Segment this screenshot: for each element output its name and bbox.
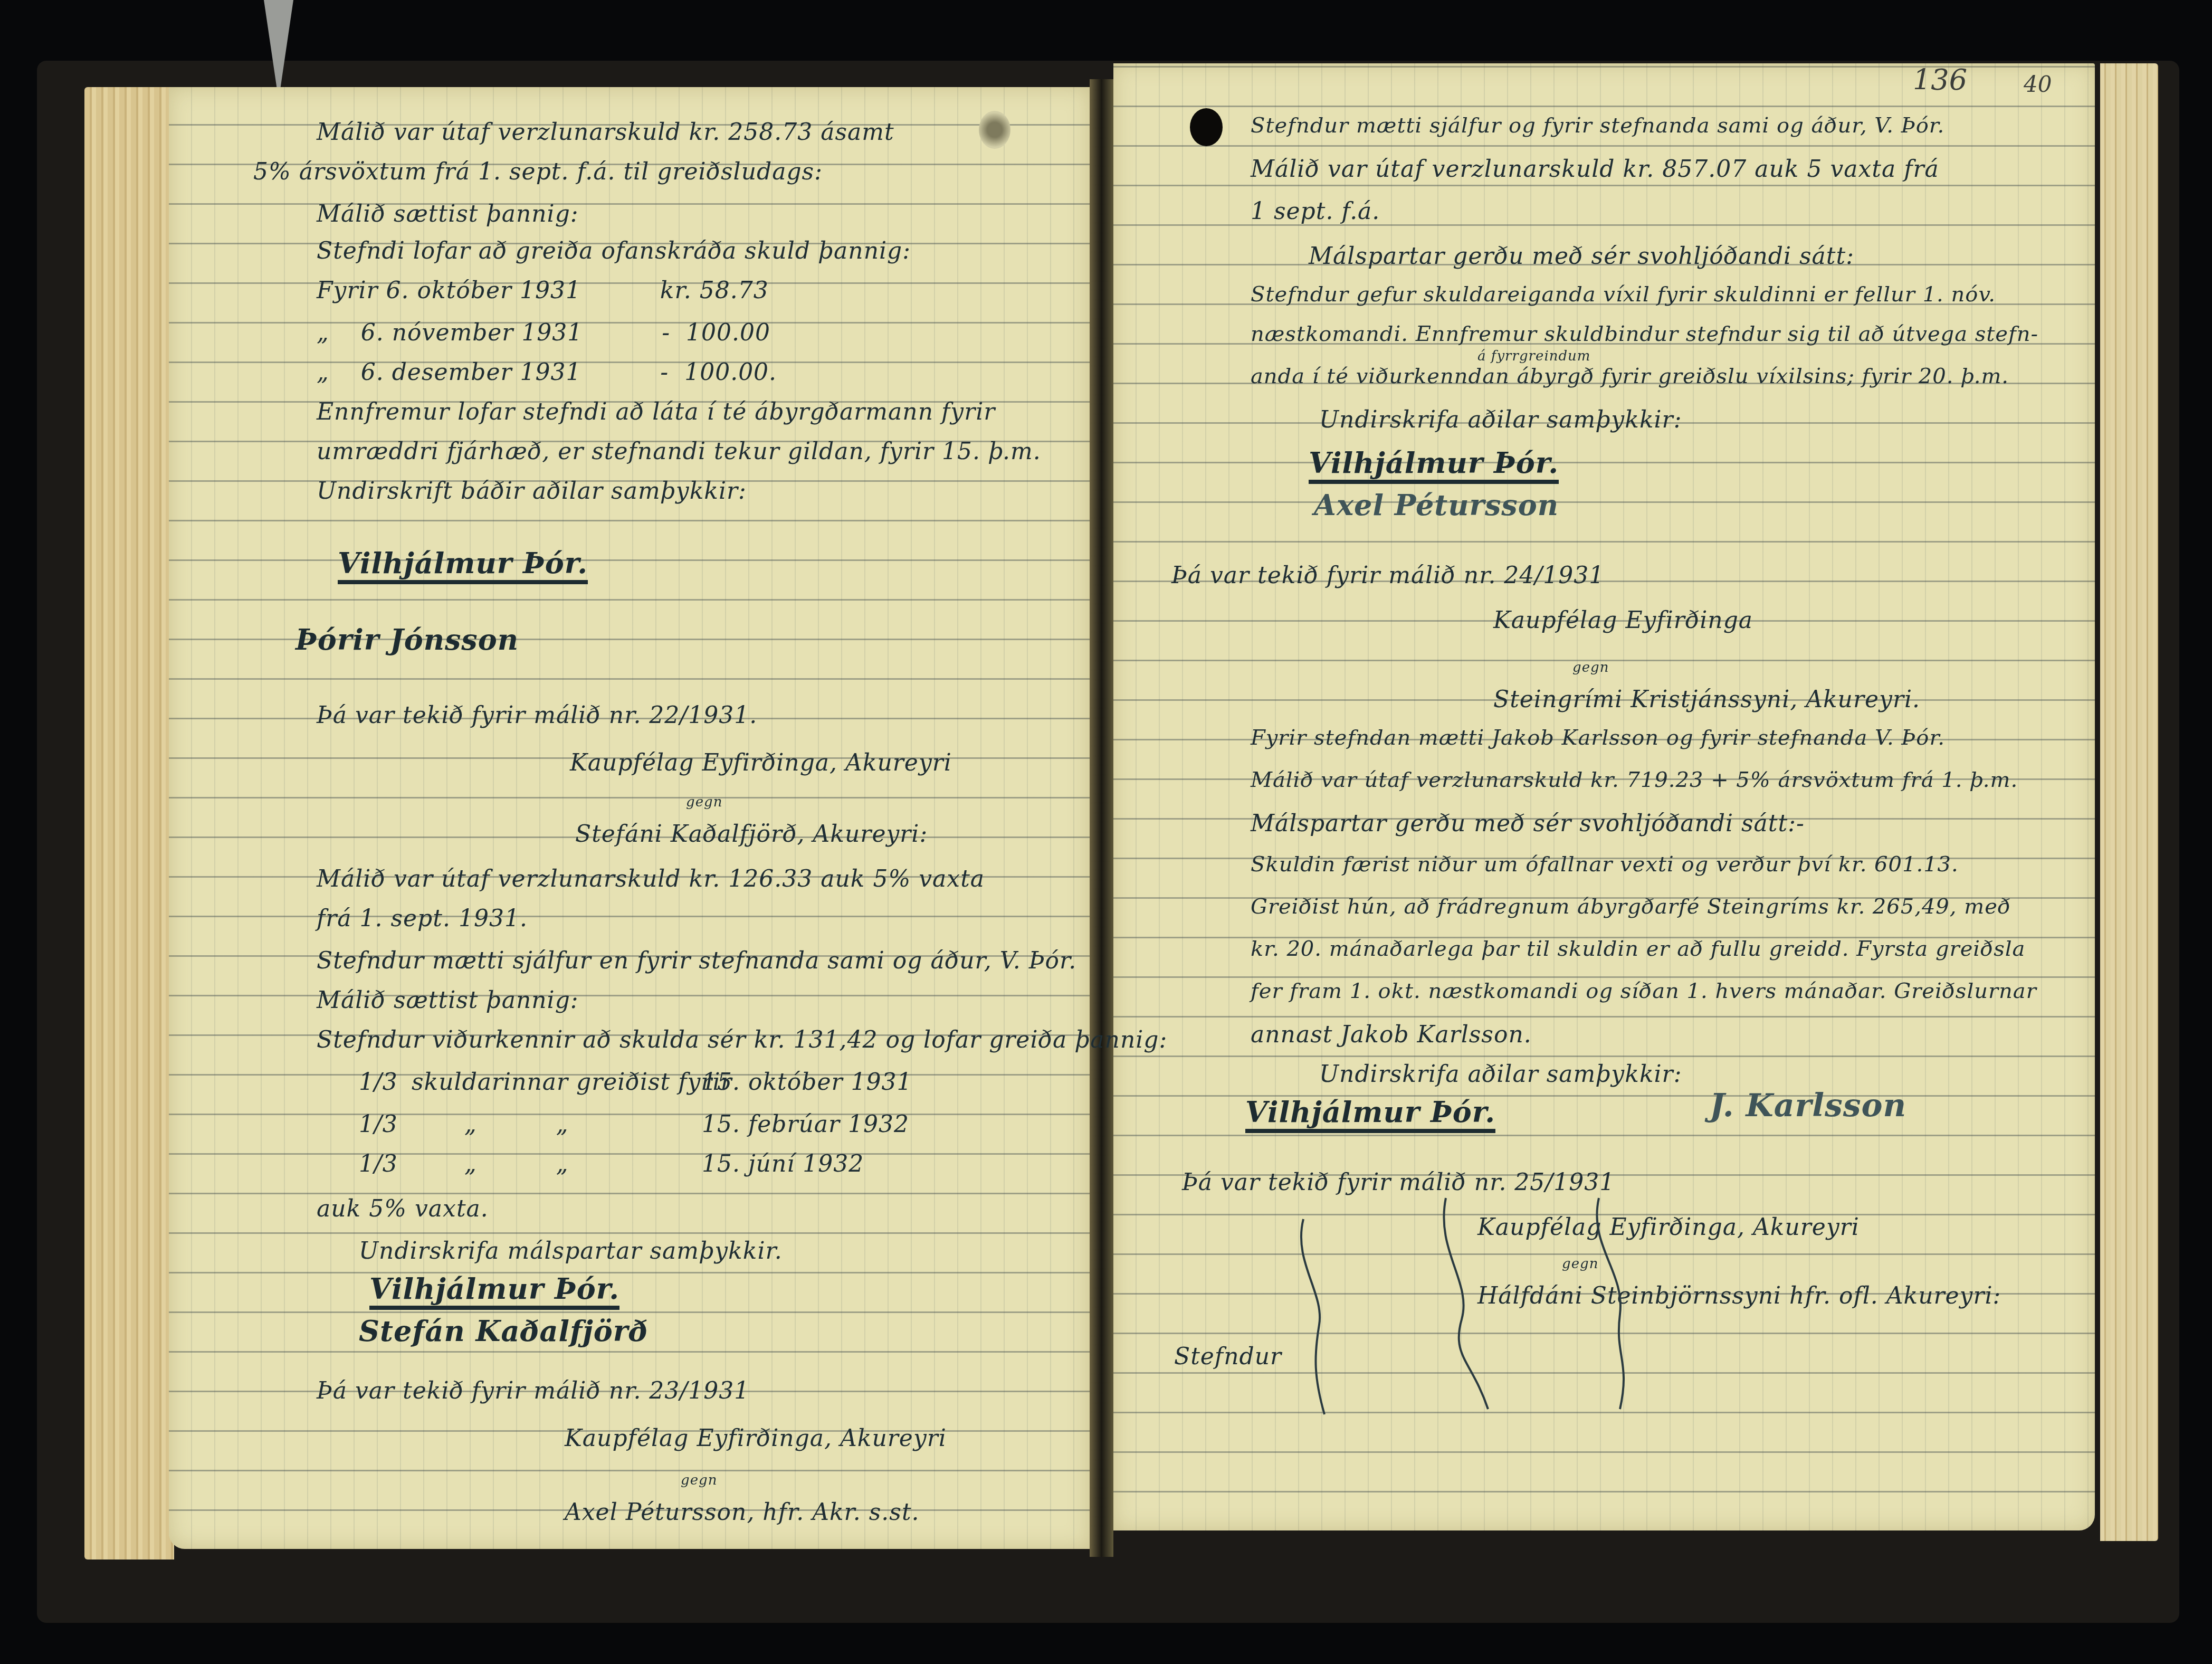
right-line: fer fram 1. okt. næstkomandi og síðan 1.… [1251,979,2037,1003]
case-plaintiff: Kaupfélag Eyfirðinga [1493,607,1753,634]
left-line: 5% ársvöxtum frá 1. sept. f.á. til greið… [253,158,823,185]
case-heading: Þá var tekið fyrir málið nr. 22/1931. [317,702,757,729]
case-defendant: Steingrími Kristjánssyni, Akureyri. [1493,686,1920,713]
right-line: Skuldin færist niður um ófallnar vexti o… [1251,852,1959,877]
page-edges-left [84,87,174,1560]
case-versus: gegn [686,794,722,810]
right-line: Undirskrifa aðilar samþykkir: [1319,406,1682,433]
case-heading: Þá var tekið fyrir málið nr. 24/1931 [1171,562,1604,589]
book-gutter [1090,79,1113,1557]
left-line: auk 5% vaxta. [317,1195,489,1222]
left-line: Ennfremur lofar stefndi að láta í té áby… [317,398,995,425]
ink-bleed-strokes [1187,1187,1715,1425]
signature: Þórir Jónsson [295,623,519,657]
case-plaintiff: Kaupfélag Eyfirðinga, Akureyri [570,749,952,776]
signature: Vilhjálmur Þór. [338,546,588,580]
punch-hole-right [1190,108,1223,146]
left-line: „ 6. nóvember 1931 - 100.00 [317,319,770,346]
left-line: Málið var útaf verzlunarskuld kr. 258.73… [317,119,894,146]
case-plaintiff: Kaupfélag Eyfirðinga, Akureyri [565,1425,947,1452]
left-line: frá 1. sept. 1931. [317,905,528,932]
right-line: Málspartar gerðu með sér svohljóðandi sá… [1251,810,1805,837]
page-holder-blade [264,0,293,100]
left-line: Stefndi lofar að greiða ofanskráða skuld… [317,237,911,264]
right-line: Stefndur gefur skuldareiganda víxil fyri… [1251,282,1996,307]
case-versus: gegn [1572,660,1609,676]
signature: Vilhjálmur Þór. [1245,1095,1495,1129]
right-line: Undirskrifa aðilar samþykkir: [1319,1061,1682,1088]
right-line: Málið var útaf verzlunarskuld kr. 857.07… [1251,156,1939,183]
page-number: 136 [1913,63,1967,97]
left-line: Undirskrifa málspartar samþykkir. [359,1238,783,1264]
right-line: anda í té viðurkenndan ábyrgð fyrir grei… [1251,364,2009,388]
page-number-secondary: 40 [2024,71,2052,97]
punch-hole-left [979,111,1010,149]
left-line: Stefndur viðurkennir að skulda sér kr. 1… [317,1026,1167,1053]
right-line: Fyrir stefndan mætti Jakob Karlsson og f… [1251,726,1945,750]
signature: Stefán Kaðalfjörð [359,1314,648,1348]
right-line: annast Jakob Karlsson. [1251,1021,1532,1048]
signature: Axel Pétursson [1314,488,1559,522]
right-line: kr. 20. mánaðarlega þar til skuldin er a… [1251,937,2025,961]
signature: Vilhjálmur Þór. [1309,446,1559,480]
right-line: Málið var útaf verzlunarskuld kr. 719.23… [1251,768,2018,792]
left-line: Stefndur mætti sjálfur en fyrir stefnand… [317,947,1076,974]
interlinear-note: á fyrrgreindum [1477,348,1591,364]
left-line: „ 6. desember 1931 - 100.00. [317,359,777,386]
right-line: Stefndur mætti sjálfur og fyrir stefnand… [1251,113,1944,138]
signature: Vilhjálmur Þór. [369,1272,619,1306]
case-defendant: Stefáni Kaðalfjörð, Akureyri: [575,821,928,848]
right-line: næstkomandi. Ennfremur skuldbindur stefn… [1251,322,2038,346]
left-line: Málið var útaf verzlunarskuld kr. 126.33… [317,866,985,892]
left-line: Málið sættist þannig: [317,987,579,1014]
left-line: Undirskrift báðir aðilar samþykkir: [317,478,747,505]
right-line: Málspartar gerðu með sér svohljóðandi sá… [1309,243,1854,270]
left-line: Fyrir 6. október 1931 kr. 58.73 [317,277,769,304]
left-line: umræddri fjárhæð, er stefnandi tekur gil… [317,438,1041,465]
case-heading: Þá var tekið fyrir málið nr. 23/1931 [317,1377,749,1404]
case-defendant: Axel Pétursson, hfr. Akr. s.st. [565,1499,920,1526]
page-edges-right [2100,63,2158,1541]
left-line: Málið sættist þannig: [317,201,579,227]
right-line: 1 sept. f.á. [1251,198,1380,225]
case-versus: gegn [681,1472,717,1488]
signature: J. Karlsson [1710,1087,1906,1124]
right-line: Greiðist hún, að frádregnum ábyrgðarfé S… [1251,895,2011,919]
